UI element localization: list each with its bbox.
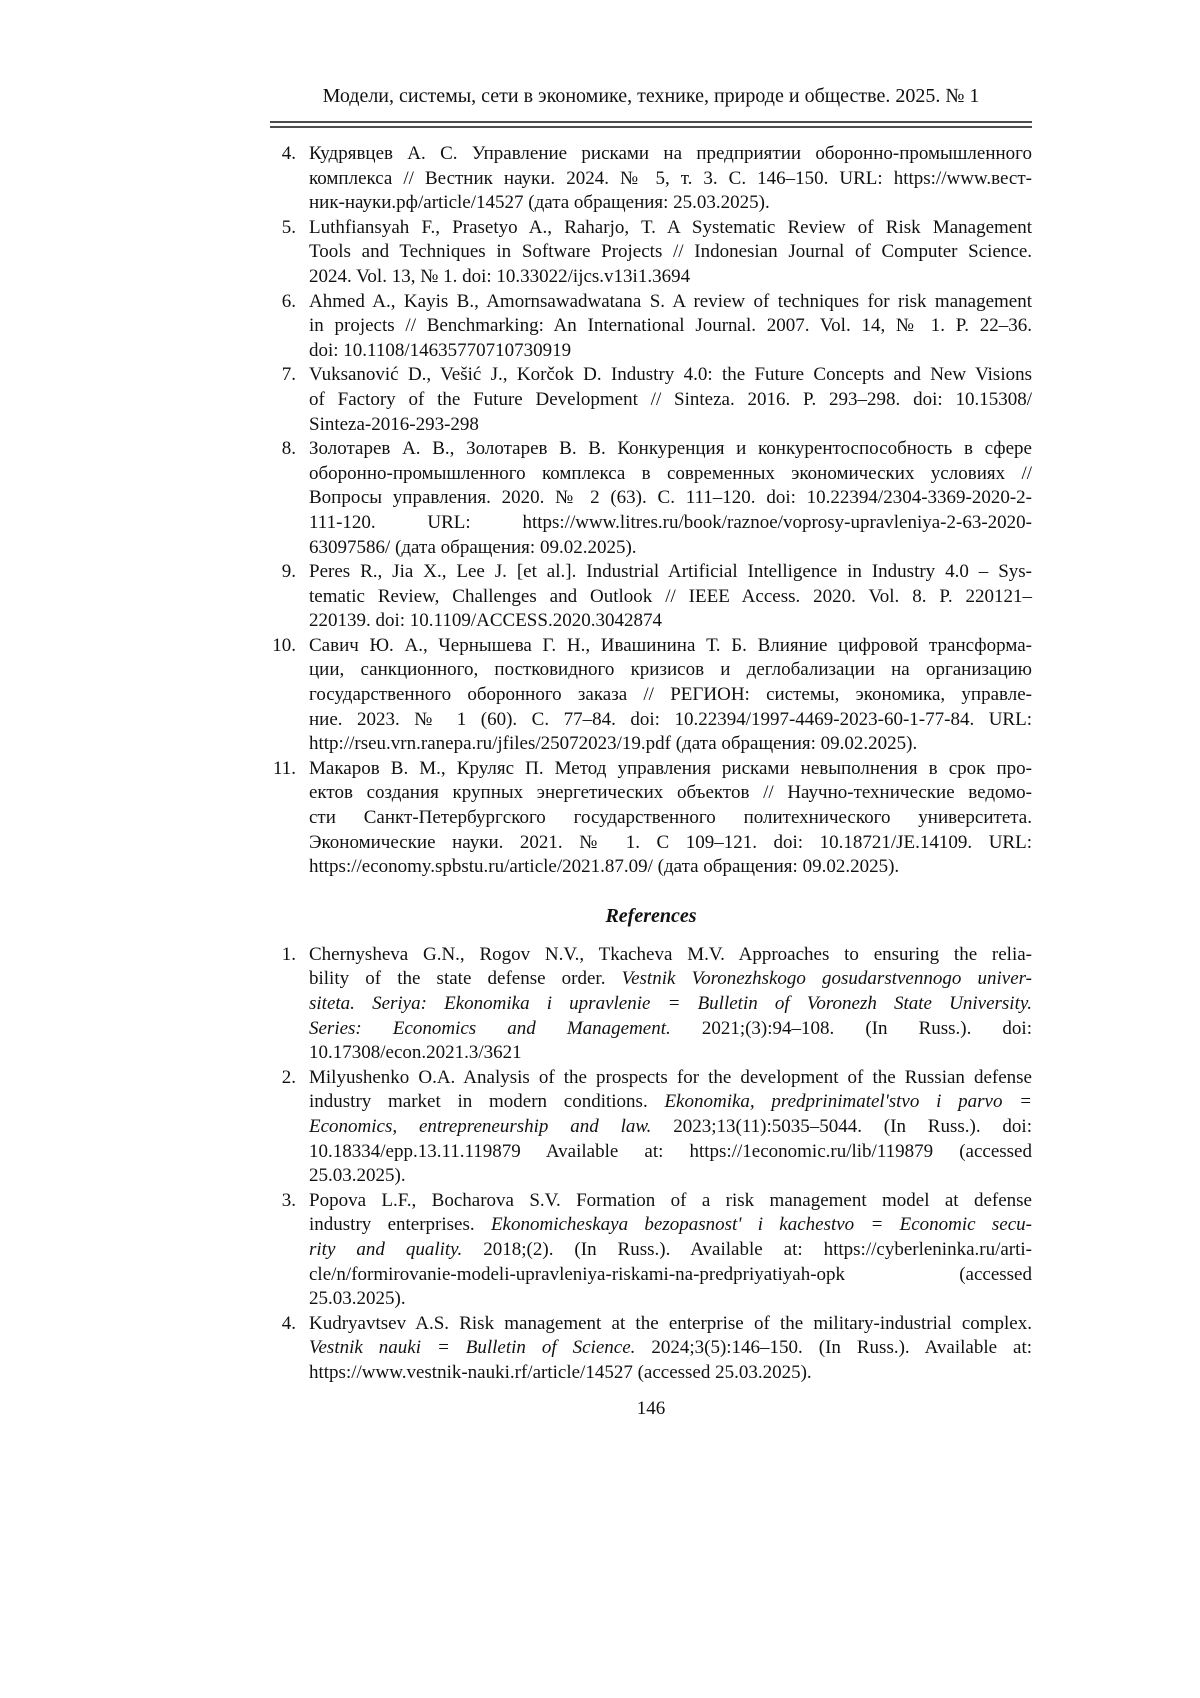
reference-segment: Макаров В. М., Круляс П. Метод управлени… — [309, 758, 1032, 779]
reference-segment: 2018;(2). (In Russ.). Available at: http… — [462, 1239, 1032, 1260]
reference-text: Кудрявцев А. С. Управление рисками на пр… — [309, 142, 1032, 216]
references-english-list: 1.Chernysheva G.N., Rogov N.V., Tkacheva… — [270, 943, 1032, 1386]
reference-segment: Luthfiansyah F., Prasetyo A., Raharjo, T… — [309, 217, 1032, 238]
reference-segment: 10.18334/epp.13.11.119879 Available at: … — [309, 1141, 1032, 1162]
reference-text: Kudryavtsev A.S. Risk management at the … — [309, 1312, 1032, 1386]
reference-text: Luthfiansyah F., Prasetyo A., Raharjo, T… — [309, 216, 1032, 290]
reference-line: industry enterprises. Ekonomicheskaya be… — [309, 1213, 1032, 1238]
reference-line: ник-науки.рф/article/14527 (дата обращен… — [309, 191, 1032, 216]
reference-line: Kudryavtsev A.S. Risk management at the … — [309, 1312, 1032, 1337]
reference-segment: Tools and Techniques in Software Project… — [309, 241, 1032, 262]
reference-number: 8. — [270, 437, 296, 560]
reference-text: Ahmed A., Kayis B., Amornsawadwatana S. … — [309, 290, 1032, 364]
reference-line: сти Санкт-Петербургского государственног… — [309, 806, 1032, 831]
reference-segment: tematic Review, Challenges and Outlook /… — [309, 586, 1032, 607]
reference-text: Milyushenko O.A. Analysis of the prospec… — [309, 1066, 1032, 1189]
reference-number: 3. — [270, 1189, 296, 1312]
reference-line: ектов создания крупных энергетических об… — [309, 781, 1032, 806]
reference-segment: ние. 2023. № 1 (60). С. 77–84. doi: 10.2… — [309, 709, 1032, 730]
reference-line: Economics, entrepreneurship and law. 202… — [309, 1115, 1032, 1140]
reference-item: 11.Макаров В. М., Круляс П. Метод управл… — [270, 757, 1032, 880]
reference-line: Milyushenko O.A. Analysis of the prospec… — [309, 1066, 1032, 1091]
reference-segment: doi: 10.1108/14635770710730919 — [309, 340, 571, 361]
reference-line: Luthfiansyah F., Prasetyo A., Raharjo, T… — [309, 216, 1032, 241]
reference-line: https://economy.spbstu.ru/article/2021.8… — [309, 855, 1032, 880]
journal-title-italic: Series: Economics and Management. — [309, 1018, 671, 1039]
reference-item: 3.Popova L.F., Bocharova S.V. Formation … — [270, 1189, 1032, 1312]
reference-segment: Ahmed A., Kayis B., Amornsawadwatana S. … — [309, 291, 1032, 312]
reference-segment: 25.03.2025). — [309, 1288, 406, 1309]
reference-line: tematic Review, Challenges and Outlook /… — [309, 585, 1032, 610]
reference-segment: cle/n/formirovanie-modeli-upravleniya-ri… — [309, 1264, 1032, 1285]
reference-item: 5.Luthfiansyah F., Prasetyo A., Raharjo,… — [270, 216, 1032, 290]
reference-item: 4.Кудрявцев А. С. Управление рисками на … — [270, 142, 1032, 216]
reference-line: siteta. Seriya: Ekonomika i upravlenie =… — [309, 992, 1032, 1017]
reference-segment: Popova L.F., Bocharova S.V. Formation of… — [309, 1190, 1032, 1211]
reference-number: 4. — [270, 142, 296, 216]
reference-line: Series: Economics and Management. 2021;(… — [309, 1017, 1032, 1042]
reference-line: 25.03.2025). — [309, 1164, 1032, 1189]
reference-text: Peres R., Jia X., Lee J. [et al.]. Indus… — [309, 560, 1032, 634]
reference-segment: 2024;3(5):146–150. (In Russ.). Available… — [635, 1337, 1032, 1358]
reference-line: bility of the state defense order. Vestn… — [309, 967, 1032, 992]
reference-line: cle/n/formirovanie-modeli-upravleniya-ri… — [309, 1263, 1032, 1288]
reference-item: 10.Савич Ю. А., Чернышева Г. Н., Ивашини… — [270, 634, 1032, 757]
page-number: 146 — [270, 1398, 1032, 1420]
reference-line: Chernysheva G.N., Rogov N.V., Tkacheva M… — [309, 943, 1032, 968]
reference-line: 63097586/ (дата обращения: 09.02.2025). — [309, 536, 1032, 561]
reference-number: 4. — [270, 1312, 296, 1386]
reference-segment: Sinteza-2016-293-298 — [309, 414, 479, 435]
journal-title-italic: Vestnik Voronezhskogo gosudarstvennogo u… — [622, 968, 1032, 989]
reference-line: rity and quality. 2018;(2). (In Russ.). … — [309, 1238, 1032, 1263]
reference-number: 11. — [270, 757, 296, 880]
page-content: Модели, системы, сети в экономике, техни… — [270, 84, 1032, 1386]
reference-item: 1.Chernysheva G.N., Rogov N.V., Tkacheva… — [270, 943, 1032, 1066]
reference-segment: of Factory of the Future Development // … — [309, 389, 1032, 410]
reference-item: 6.Ahmed A., Kayis B., Amornsawadwatana S… — [270, 290, 1032, 364]
reference-line: Sinteza-2016-293-298 — [309, 413, 1032, 438]
reference-segment: Золотарев А. В., Золотарев В. В. Конкуре… — [309, 438, 1032, 459]
reference-line: of Factory of the Future Development // … — [309, 388, 1032, 413]
reference-line: оборонно-промышленного комплекса в совре… — [309, 462, 1032, 487]
reference-line: ние. 2023. № 1 (60). С. 77–84. doi: 10.2… — [309, 708, 1032, 733]
reference-line: ции, санкционного, постковидного кризисо… — [309, 658, 1032, 683]
reference-number: 10. — [270, 634, 296, 757]
reference-segment: https://economy.spbstu.ru/article/2021.8… — [309, 856, 899, 877]
reference-line: 220139. doi: 10.1109/ACCESS.2020.3042874 — [309, 609, 1032, 634]
reference-text: Vuksanović D., Vešić J., Korčok D. Indus… — [309, 363, 1032, 437]
reference-text: Золотарев А. В., Золотарев В. В. Конкуре… — [309, 437, 1032, 560]
journal-title-italic: Ekonomika, predprinimatel'stvo i parvo = — [664, 1091, 1032, 1112]
journal-page: Модели, системы, сети в экономике, техни… — [0, 0, 1200, 1698]
reference-segment: комплекса // Вестник науки. 2024. № 5, т… — [309, 168, 1032, 189]
reference-segment: Вопросы управления. 2020. № 2 (63). С. 1… — [309, 487, 1032, 508]
reference-line: Кудрявцев А. С. Управление рисками на пр… — [309, 142, 1032, 167]
reference-segment: Экономические науки. 2021. № 1. С 109–12… — [309, 832, 1032, 853]
reference-segment: 10.17308/econ.2021.3/3621 — [309, 1042, 522, 1063]
reference-number: 2. — [270, 1066, 296, 1189]
reference-text: Макаров В. М., Круляс П. Метод управлени… — [309, 757, 1032, 880]
journal-title-italic: Economics, entrepreneurship and law. — [309, 1116, 651, 1137]
reference-line: Popova L.F., Bocharova S.V. Formation of… — [309, 1189, 1032, 1214]
reference-segment: in projects // Benchmarking: An Internat… — [309, 315, 1032, 336]
reference-line: doi: 10.1108/14635770710730919 — [309, 339, 1032, 364]
reference-segment: industry enterprises. — [309, 1214, 491, 1235]
reference-line: 2024. Vol. 13, № 1. doi: 10.33022/ijcs.v… — [309, 265, 1032, 290]
reference-segment: ник-науки.рф/article/14527 (дата обращен… — [309, 192, 770, 213]
reference-segment: http://rseu.vrn.ranepa.ru/jfiles/2507202… — [309, 733, 917, 754]
reference-item: 8.Золотарев А. В., Золотарев В. В. Конку… — [270, 437, 1032, 560]
reference-line: Tools and Techniques in Software Project… — [309, 240, 1032, 265]
reference-line: 10.18334/epp.13.11.119879 Available at: … — [309, 1140, 1032, 1165]
reference-line: Савич Ю. А., Чернышева Г. Н., Ивашинина … — [309, 634, 1032, 659]
header-double-rule — [270, 121, 1032, 128]
references-heading: References — [270, 904, 1032, 928]
reference-number: 6. — [270, 290, 296, 364]
reference-number: 5. — [270, 216, 296, 290]
reference-line: Vuksanović D., Vešić J., Korčok D. Indus… — [309, 363, 1032, 388]
reference-line: in projects // Benchmarking: An Internat… — [309, 314, 1032, 339]
reference-segment: 111-120. URL: https://www.litres.ru/book… — [309, 512, 1032, 533]
reference-segment: Chernysheva G.N., Rogov N.V., Tkacheva M… — [309, 944, 1032, 965]
reference-line: Вопросы управления. 2020. № 2 (63). С. 1… — [309, 486, 1032, 511]
reference-text: Савич Ю. А., Чернышева Г. Н., Ивашинина … — [309, 634, 1032, 757]
reference-segment: Peres R., Jia X., Lee J. [et al.]. Indus… — [309, 561, 1032, 582]
reference-segment: industry market in modern conditions. — [309, 1091, 664, 1112]
reference-segment: ектов создания крупных энергетических об… — [309, 782, 1032, 803]
reference-segment: оборонно-промышленного комплекса в совре… — [309, 463, 1032, 484]
reference-line: Золотарев А. В., Золотарев В. В. Конкуре… — [309, 437, 1032, 462]
reference-segment: bility of the state defense order. — [309, 968, 622, 989]
reference-segment: https://www.vestnik-nauki.rf/article/145… — [309, 1362, 812, 1383]
reference-segment: 2024. Vol. 13, № 1. doi: 10.33022/ijcs.v… — [309, 266, 690, 287]
reference-segment: Кудрявцев А. С. Управление рисками на пр… — [309, 143, 1032, 164]
reference-text: Chernysheva G.N., Rogov N.V., Tkacheva M… — [309, 943, 1032, 1066]
reference-segment: 63097586/ (дата обращения: 09.02.2025). — [309, 537, 637, 558]
reference-line: https://www.vestnik-nauki.rf/article/145… — [309, 1361, 1032, 1386]
reference-number: 1. — [270, 943, 296, 1066]
reference-number: 9. — [270, 560, 296, 634]
reference-line: Ahmed A., Kayis B., Amornsawadwatana S. … — [309, 290, 1032, 315]
journal-title-italic: rity and quality. — [309, 1239, 462, 1260]
reference-line: государственного оборонного заказа // РЕ… — [309, 683, 1032, 708]
reference-item: 2.Milyushenko O.A. Analysis of the prosp… — [270, 1066, 1032, 1189]
reference-segment: 2021;(3):94–108. (In Russ.). doi: — [671, 1018, 1032, 1039]
reference-segment: 220139. doi: 10.1109/ACCESS.2020.3042874 — [309, 610, 662, 631]
reference-segment: 25.03.2025). — [309, 1165, 406, 1186]
reference-line: industry market in modern conditions. Ek… — [309, 1090, 1032, 1115]
journal-title-italic: Ekonomicheskaya bezopasnost' i kachestvo… — [491, 1214, 1032, 1235]
reference-line: http://rseu.vrn.ranepa.ru/jfiles/2507202… — [309, 732, 1032, 757]
reference-item: 9.Peres R., Jia X., Lee J. [et al.]. Ind… — [270, 560, 1032, 634]
reference-segment: Vuksanović D., Vešić J., Korčok D. Indus… — [309, 364, 1032, 385]
reference-item: 4.Kudryavtsev A.S. Risk management at th… — [270, 1312, 1032, 1386]
reference-segment: Milyushenko O.A. Analysis of the prospec… — [309, 1067, 1032, 1088]
reference-line: комплекса // Вестник науки. 2024. № 5, т… — [309, 167, 1032, 192]
reference-line: 111-120. URL: https://www.litres.ru/book… — [309, 511, 1032, 536]
references-russian-list: 4.Кудрявцев А. С. Управление рисками на … — [270, 142, 1032, 880]
journal-title-italic: Vestnik nauki = Bulletin of Science. — [309, 1337, 635, 1358]
reference-segment: Савич Ю. А., Чернышева Г. Н., Ивашинина … — [309, 635, 1032, 656]
reference-segment: Kudryavtsev A.S. Risk management at the … — [309, 1313, 1032, 1334]
journal-title-italic: siteta. Seriya: Ekonomika i upravlenie =… — [309, 993, 1032, 1014]
reference-text: Popova L.F., Bocharova S.V. Formation of… — [309, 1189, 1032, 1312]
reference-segment: ции, санкционного, постковидного кризисо… — [309, 659, 1032, 680]
reference-line: Peres R., Jia X., Lee J. [et al.]. Indus… — [309, 560, 1032, 585]
reference-segment: государственного оборонного заказа // РЕ… — [309, 684, 1032, 705]
reference-line: Макаров В. М., Круляс П. Метод управлени… — [309, 757, 1032, 782]
reference-item: 7.Vuksanović D., Vešić J., Korčok D. Ind… — [270, 363, 1032, 437]
reference-line: 10.17308/econ.2021.3/3621 — [309, 1041, 1032, 1066]
reference-line: 25.03.2025). — [309, 1287, 1032, 1312]
running-head: Модели, системы, сети в экономике, техни… — [270, 84, 1032, 108]
reference-segment: 2023;13(11):5035–5044. (In Russ.). doi: — [651, 1116, 1032, 1137]
reference-segment: сти Санкт-Петербургского государственног… — [309, 807, 1032, 828]
reference-line: Vestnik nauki = Bulletin of Science. 202… — [309, 1336, 1032, 1361]
reference-number: 7. — [270, 363, 296, 437]
reference-line: Экономические науки. 2021. № 1. С 109–12… — [309, 831, 1032, 856]
